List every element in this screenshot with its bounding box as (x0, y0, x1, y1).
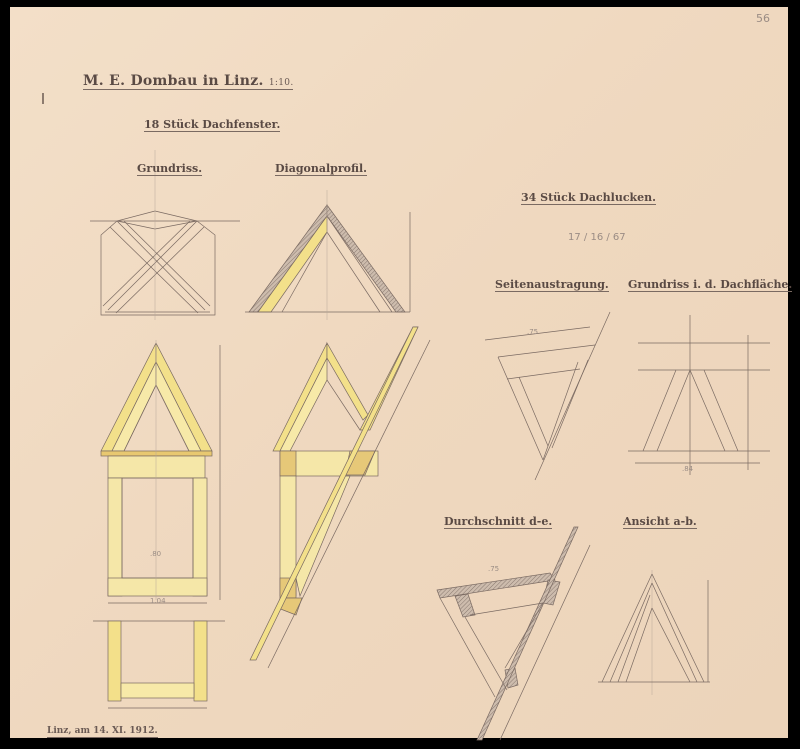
section-d-e-label: Durchschnitt d-e. (444, 516, 552, 529)
dim-hatch-plan-width: .84 (682, 465, 693, 473)
roof-plan-view (628, 315, 770, 475)
sheet-title: M. E. Dombau in Linz. 1:10. (83, 74, 293, 90)
sheet-title-text: M. E. Dombau in Linz. (83, 73, 264, 89)
roof-plan-label: Grundriss i. d. Dachfläche. (628, 279, 792, 292)
date-line: Linz, am 14. XI. 1912. (47, 727, 158, 738)
elevation-a-b-view (598, 570, 710, 695)
side-projection-label: Seitenaustragung. (495, 279, 609, 292)
dim-section-top: .75 (488, 565, 499, 573)
dormer-windows-heading: 18 Stück Dachfenster. (144, 119, 280, 132)
corner-mark: 56 (756, 12, 770, 25)
side-projection-view (485, 312, 610, 480)
diagonal-profile-label: Diagonalprofil. (275, 163, 367, 176)
dim-front-width: 1.04 (150, 597, 166, 605)
plan-label: Grundriss. (137, 163, 202, 176)
side-section-view (250, 327, 430, 668)
sheet-scale: 1:10. (269, 78, 294, 88)
dim-front-opening: .80 (150, 550, 161, 558)
section-d-e-view (437, 527, 590, 740)
front-elevation-view (101, 340, 220, 603)
diagonal-profile-view (245, 190, 410, 320)
technical-drawing (0, 0, 800, 749)
bottom-plan-view (93, 621, 225, 708)
pencil-note: 17 / 16 / 67 (568, 232, 626, 243)
roof-hatches-heading: 34 Stück Dachlucken. (521, 192, 656, 205)
dim-hatch-width-top: .75 (527, 328, 538, 336)
elevation-a-b-label: Ansicht a-b. (623, 516, 697, 529)
